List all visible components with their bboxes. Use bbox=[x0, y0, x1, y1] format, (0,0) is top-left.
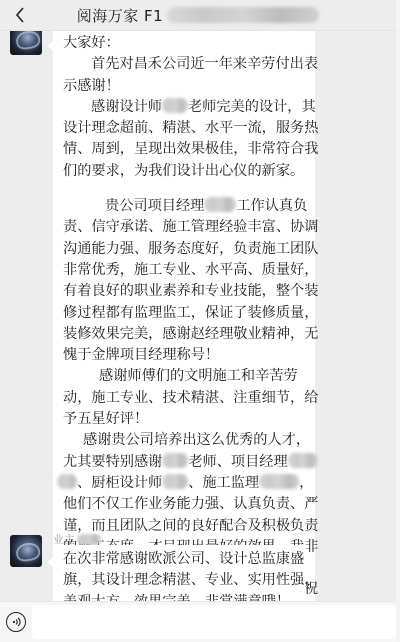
message-line: 贵公司项目经理工作认真负 bbox=[63, 196, 305, 217]
redacted-sender-name bbox=[77, 534, 101, 545]
sender-avatar[interactable] bbox=[10, 535, 42, 567]
redacted-name bbox=[57, 474, 77, 489]
chat-header: 阅海万家 F1 bbox=[0, 0, 396, 31]
redacted-name bbox=[204, 197, 236, 212]
message-line: 修过程都有监理监工，保证了装修质量， bbox=[63, 303, 305, 324]
redacted-title-suffix bbox=[167, 7, 319, 23]
message-line: 示感谢！ bbox=[63, 76, 305, 97]
message-line: 沟通能力强、服务态度好，负责施工团队 bbox=[63, 239, 305, 260]
text-fragment: 尤其要特别感谢 bbox=[63, 454, 162, 470]
message-line: 有着良好的职业素养和专业技能，整个装 bbox=[63, 281, 305, 302]
text-fragment: 老师、项目经理 bbox=[188, 454, 287, 470]
message-line: 非常优秀，施工专业、水平高、质量好， bbox=[63, 260, 305, 281]
message-line: 大家好： bbox=[63, 33, 305, 54]
message-line: 他们不仅工作业务能力强、认真负责、严 bbox=[63, 494, 305, 515]
message-line: 装修效果完美，感谢赵经理敬业精神，无 bbox=[63, 324, 305, 345]
message-line: 设计理念超前、精湛、水平一流，服务热 bbox=[63, 118, 305, 139]
message-line: 愧于金牌项目经理称号！ bbox=[63, 345, 305, 366]
message-line: 们的要求，为我们设计出心仪的新家。 bbox=[63, 161, 305, 182]
message-line: 动，施工专业、技术精湛、注重细节，给 bbox=[63, 388, 305, 409]
message-line: 首先对昌禾公司近一年来辛劳付出表 bbox=[63, 54, 305, 75]
chat-title-text: 阅海万家 F1 bbox=[77, 5, 163, 26]
message-line: 、厨柜设计师、施工监理， bbox=[57, 473, 305, 494]
message-line: 感谢贵公司培养出这么优秀的人才， bbox=[63, 430, 305, 451]
sender-avatar[interactable] bbox=[10, 31, 42, 55]
text-fragment: 、施工监理 bbox=[188, 475, 259, 491]
message-line: 旗，其设计理念精湛、专业、实用性强， bbox=[63, 570, 296, 591]
voice-input-button[interactable] bbox=[6, 612, 26, 632]
text-fragment: 老师完美的设计，其 bbox=[188, 99, 316, 115]
message-line: 予五星好评！ bbox=[63, 409, 305, 430]
message-bubble[interactable]: 大家好： 首先对昌禾公司近一年来辛劳付出表 示感谢！ 感谢设计师老师完美的设计，… bbox=[53, 31, 315, 603]
message-line: 情、周到，呈现出效果极佳，非常符合我 bbox=[63, 139, 305, 160]
redacted-name bbox=[259, 474, 299, 489]
input-bar bbox=[0, 601, 396, 642]
message-bubble[interactable]: 在次非常感谢欧派公司、设计总监康盛 旗，其设计理念精湛、专业、实用性强， 美观大… bbox=[53, 545, 306, 603]
text-fragment: 工作认真负 bbox=[236, 198, 307, 214]
text-fragment: ， bbox=[299, 475, 313, 491]
text-fragment: 、厨柜设计师 bbox=[77, 475, 162, 491]
text-fragment: 贵公司项目经理 bbox=[105, 198, 204, 214]
redacted-name bbox=[288, 453, 318, 468]
redacted-name bbox=[162, 453, 188, 468]
message-line: 在次非常感谢欧派公司、设计总监康盛 bbox=[63, 549, 296, 570]
scrollbar-track[interactable] bbox=[396, 0, 400, 642]
message-line: 感谢设计师老师完美的设计，其 bbox=[63, 97, 305, 118]
redacted-name bbox=[162, 98, 188, 113]
message-line: 责、信守承诺、施工管理经验丰富、协调 bbox=[63, 217, 305, 238]
paragraph-gap bbox=[63, 182, 305, 196]
chat-title: 阅海万家 F1 bbox=[77, 5, 319, 26]
message-line: 尤其要特别感谢老师、项目经理 bbox=[63, 452, 305, 473]
redacted-name bbox=[162, 474, 188, 489]
chevron-left-icon bbox=[15, 7, 25, 23]
message-line: 感谢师傅们的文明施工和辛苦劳 bbox=[63, 366, 305, 387]
back-button[interactable] bbox=[10, 4, 30, 26]
message-input[interactable] bbox=[32, 605, 396, 639]
text-fragment: 感谢设计师 bbox=[91, 99, 162, 115]
voice-input-icon bbox=[11, 617, 21, 627]
message-list[interactable]: 大家好： 首先对昌禾公司近一年来辛劳付出表 示感谢！ 感谢设计师老师完美的设计，… bbox=[0, 31, 396, 603]
